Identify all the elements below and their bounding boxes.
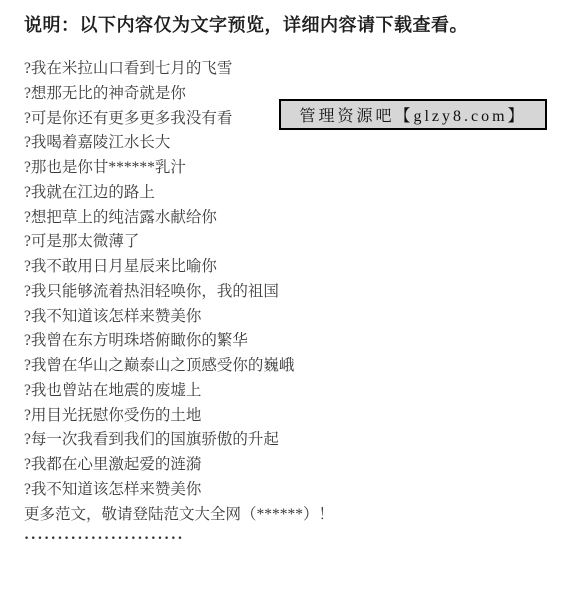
preview-line: ?那也是你甘******乳汁 — [24, 156, 334, 181]
preview-line: ?可是那太微薄了 — [24, 230, 334, 255]
preview-line: ?想把草上的纯洁露水献给你 — [24, 206, 334, 231]
preview-line: ?每一次我看到我们的国旗骄傲的升起 — [24, 428, 334, 453]
preview-line: ?我喝着嘉陵江水长大 — [24, 131, 334, 156]
preview-notice: 说明：以下内容仅为文字预览，详细内容请下载查看。 — [24, 13, 468, 38]
preview-line: ?我曾在华山之巅泰山之顶感受你的巍峨 — [24, 354, 334, 379]
preview-line: ?用目光抚慰你受伤的土地 — [24, 404, 334, 429]
preview-line: ?我只能够流着热泪轻唤你，我的祖国 — [24, 280, 334, 305]
preview-line: ?我不知道该怎样来赞美你 — [24, 478, 334, 503]
preview-line: ?我也曾站在地震的废墟上 — [24, 379, 334, 404]
preview-line: ?我都在心里激起爱的涟漪 — [24, 453, 334, 478]
preview-line: ?我不知道该怎样来赞美你 — [24, 305, 334, 330]
preview-line: ?我在米拉山口看到七月的飞雪 — [24, 57, 334, 82]
preview-text-block: ?我在米拉山口看到七月的飞雪 ?想那无比的神奇就是你 ?可是你还有更多更多我没有… — [24, 57, 334, 552]
footer-dots-line: ························ — [24, 527, 334, 552]
preview-line: ?我不敢用日月星辰来比喻你 — [24, 255, 334, 280]
watermark-text: 管理资源吧【glzy8.com】 — [299, 103, 526, 126]
footer-more-line: 更多范文，敬请登陆范文大全网（******）！ — [24, 503, 334, 528]
preview-line: ?我就在江边的路上 — [24, 181, 334, 206]
watermark-badge: 管理资源吧【glzy8.com】 — [279, 99, 547, 130]
document-preview-page: 说明：以下内容仅为文字预览，详细内容请下载查看。 ?我在米拉山口看到七月的飞雪 … — [0, 0, 578, 600]
preview-line: ?我曾在东方明珠塔俯瞰你的繁华 — [24, 329, 334, 354]
